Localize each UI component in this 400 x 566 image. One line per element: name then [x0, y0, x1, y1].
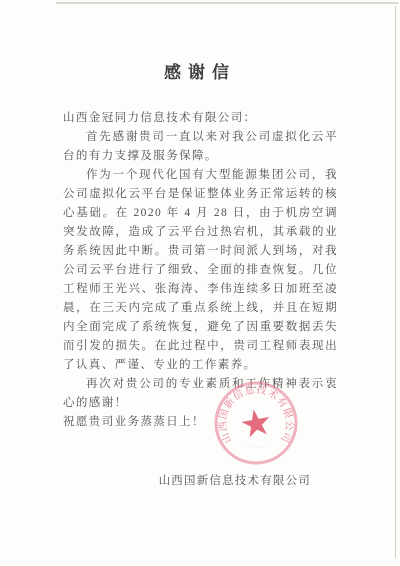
letter-title: 感谢信 — [0, 0, 400, 83]
letter-paragraph: 作为一个现代化国有大型能源集团公司，我公司虚拟化云平台是保证整体业务正常运转的核… — [63, 166, 338, 375]
scan-edge-top — [56, 2, 398, 4]
scanned-letter-page: 感谢信 山西金冠同力信息技术有限公司： 首先感谢贵司一直以来对我公司虚拟化云平台… — [0, 0, 400, 566]
seal-star-icon: ★ — [236, 401, 276, 447]
signature-company: 山西国新信息技术有限公司 — [63, 472, 338, 491]
letter-paragraph: 首先感谢贵司一直以来对我公司虚拟化云平台的有力支撑及服务保障。 — [63, 128, 338, 166]
company-seal-stamp: 山西国新信息技术有限公司 ★ · · · · · · · · · · · · · — [201, 368, 311, 478]
scan-edge-right — [395, 6, 397, 558]
letter-body: 山西金冠同力信息技术有限公司： 首先感谢贵司一直以来对我公司虚拟化云平台的有力支… — [0, 83, 400, 491]
salutation: 山西金冠同力信息技术有限公司： — [63, 109, 338, 128]
